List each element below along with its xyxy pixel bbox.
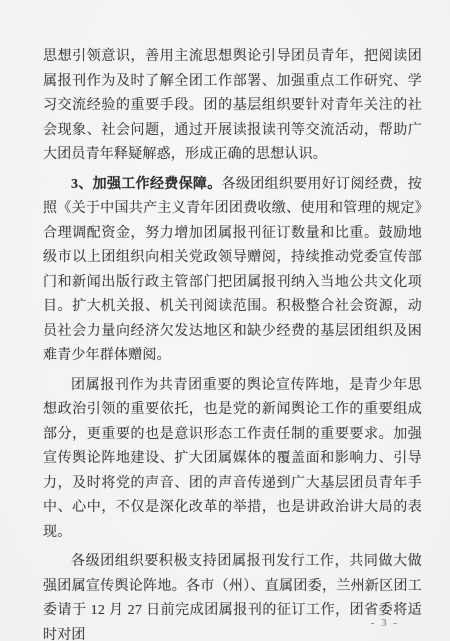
document-page: 思想引领意识，善用主流思想舆论引导团员青年，把阅读团属报刊作为及时了解全团工作部… <box>0 0 450 641</box>
paragraph-continuation: 思想引领意识，善用主流思想舆论引导团员青年，把阅读团属报刊作为及时了解全团工作部… <box>43 45 422 168</box>
paragraph-propaganda: 团属报刊作为共青团重要的舆论宣传阵地，是青少年思想政治引领的重要依托，也是党的新… <box>43 374 422 546</box>
paragraph-section-3: 3、加强工作经费保障。各级团组织要用好订阅经费，按照《关于中国共产主义青年团团费… <box>43 173 422 369</box>
paragraph-closing: 各级团组织要积极支持团属报刊发行工作，共同做大做强团属宣传舆论阵地。各市（州）、… <box>43 550 422 641</box>
page-number: - 3 - <box>371 617 399 629</box>
document-body-text: 思想引领意识，善用主流思想舆论引导团员青年，把阅读团属报刊作为及时了解全团工作部… <box>43 45 422 641</box>
paragraph-text: 思想引领意识，善用主流思想舆论引导团员青年，把阅读团属报刊作为及时了解全团工作部… <box>43 49 422 162</box>
paragraph-text: 各级团组织要用好订阅经费，按照《关于中国共产主义青年团团费收缴、使用和管理的规定… <box>43 177 422 364</box>
section-heading: 3、加强工作经费保障。 <box>71 177 222 192</box>
paragraph-text: 各级团组织要积极支持团属报刊发行工作，共同做大做强团属宣传舆论阵地。各市（州）、… <box>43 554 422 641</box>
paragraph-text: 团属报刊作为共青团重要的舆论宣传阵地，是青少年思想政治引领的重要依托，也是党的新… <box>43 378 422 540</box>
